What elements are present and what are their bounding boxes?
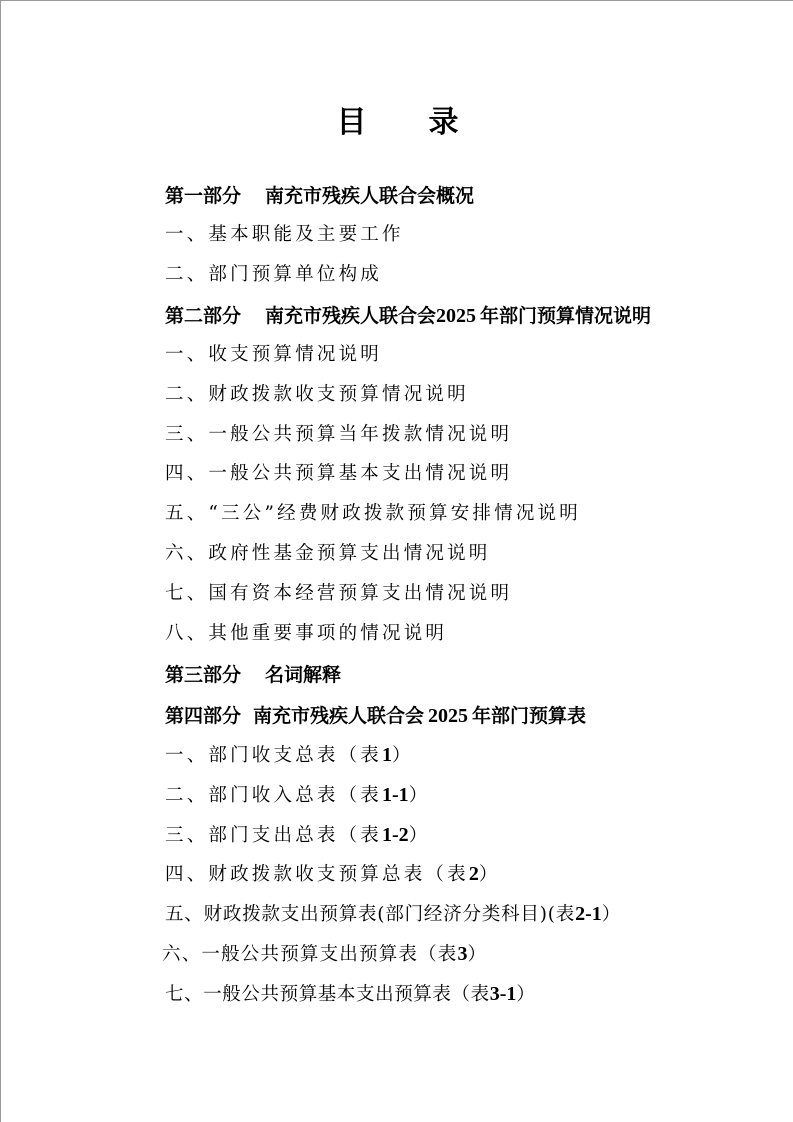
toc-part-1[interactable]: 第一部分南充市残疾人联合会概况	[165, 184, 474, 208]
page-title: 目录	[1, 97, 793, 141]
toc-item[interactable]: 五、“三公”经费财政拨款预算安排情况说明	[165, 502, 581, 526]
toc-item[interactable]: 五、财政拨款支出预算表(部门经济分类科目)(表2-1）	[165, 902, 621, 927]
toc-part-4[interactable]: 第四部分南充市残疾人联合会2025年部门预算表	[165, 704, 586, 728]
toc-item[interactable]: 四、财政拨款收支预算总表（表2）	[165, 862, 501, 887]
toc-item[interactable]: 二、部门预算单位构成	[165, 263, 382, 287]
toc-item[interactable]: 四、一般公共预算基本支出情况说明	[165, 462, 512, 486]
toc-item[interactable]: 二、财政拨款收支预算情况说明	[165, 383, 469, 407]
title-char-1: 目	[337, 97, 367, 141]
toc-item[interactable]: 三、部门支出总表（表1-2）	[165, 823, 430, 848]
toc-part-3[interactable]: 第三部分名词解释	[165, 663, 341, 687]
toc-item[interactable]: 一、基本职能及主要工作	[165, 223, 404, 247]
toc-item[interactable]: 一、收支预算情况说明	[165, 343, 382, 367]
toc-item[interactable]: 八、其他重要事项的情况说明	[165, 622, 447, 646]
toc-item[interactable]: 三、一般公共预算当年拨款情况说明	[165, 423, 512, 447]
toc-item[interactable]: 七、国有资本经营预算支出情况说明	[165, 582, 512, 606]
toc-item[interactable]: 二、部门收入总表（表1-1）	[165, 783, 430, 808]
toc-item[interactable]: 六、一般公共预算支出预算表（表3）	[162, 942, 487, 967]
toc-item[interactable]: 七、一般公共预算基本支出预算表（表3-1）	[165, 982, 535, 1007]
document-page: 目录 第一部分南充市残疾人联合会概况 一、基本职能及主要工作 二、部门预算单位构…	[0, 0, 793, 1122]
title-char-2: 录	[429, 97, 459, 141]
toc-item[interactable]: 六、政府性基金预算支出情况说明	[165, 542, 491, 566]
toc-item[interactable]: 一、部门收支总表（表1）	[165, 743, 414, 768]
toc-part-2[interactable]: 第二部分南充市残疾人联合会2025年部门预算情况说明	[165, 304, 651, 328]
